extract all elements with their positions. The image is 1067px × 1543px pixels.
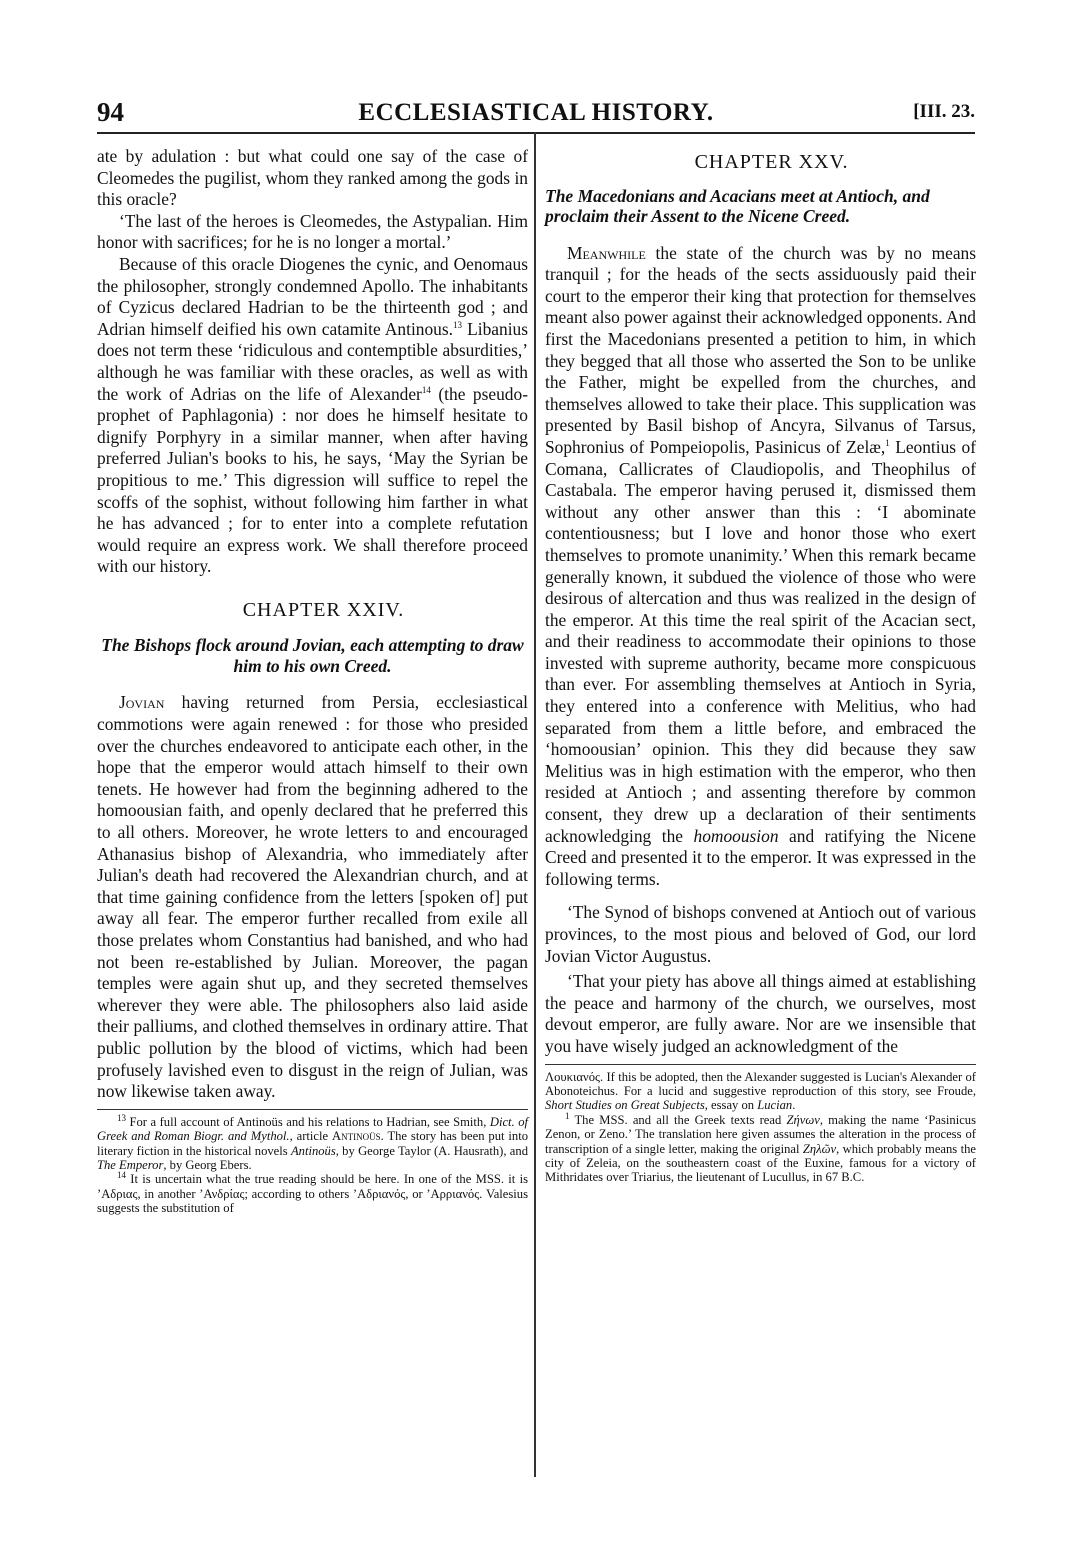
footnote-text: For a full account of Antinoüs and his r…	[126, 1115, 490, 1129]
paragraph-text: Leontius of Comana, Callicrates of Claud…	[545, 437, 976, 846]
chapter-heading-xxiv: CHAPTER XXIV.	[97, 600, 528, 622]
footnote-ref-13[interactable]: 13	[453, 320, 462, 330]
footnote-text: , essay on	[705, 1098, 757, 1112]
paragraph: Jovian having returned from Persia, eccl…	[97, 692, 528, 1102]
chapter-synopsis: The Macedonians and Acacians meet at Ant…	[545, 186, 976, 227]
book-title: ECCLESIASTICAL HISTORY.	[97, 99, 975, 127]
paragraph: Meanwhile the state of the church was by…	[545, 243, 976, 891]
footnote-1: 1 The MSS. and all the Greek texts read …	[545, 1113, 976, 1185]
synod-letter-body: ‘That your piety has above all things ai…	[545, 971, 976, 1057]
document-page: 94 ECCLESIASTICAL HISTORY. [III. 23. ate…	[0, 0, 1067, 1543]
footnote-14-continued: Λουκιανός. If this be adopted, then the …	[545, 1070, 976, 1113]
lead-word: Meanwhile	[567, 243, 646, 263]
footnote-ref-14[interactable]: 14	[422, 385, 431, 395]
footnote-14: 14 It is uncertain what the true reading…	[97, 1172, 528, 1215]
lead-word: Jovian	[119, 692, 164, 712]
footnotes-left: 13 For a full account of Antinoüs and hi…	[97, 1115, 528, 1216]
header-rule	[97, 132, 975, 134]
footnote-13: 13 For a full account of Antinoüs and hi…	[97, 1115, 528, 1173]
synod-letter-salutation: ‘The Synod of bishops convened at Antioc…	[545, 902, 976, 967]
footnote-text: .	[792, 1098, 795, 1112]
paragraph-text: (the pseudo-prophet of Paphlagonia) : no…	[97, 384, 528, 577]
right-column: CHAPTER XXV. The Macedonians and Acacian…	[545, 146, 976, 1185]
running-head: 94 ECCLESIASTICAL HISTORY. [III. 23.	[97, 97, 975, 133]
footnote-text: , by George Taylor (A. Hausrath), and	[336, 1144, 528, 1158]
footnote-text: , article	[290, 1129, 332, 1143]
chapter-heading-xxv: CHAPTER XXV.	[545, 152, 976, 174]
footnote-text: Λουκιανός. If this be adopted, then the …	[545, 1070, 976, 1098]
paragraph: Because of this oracle Diogenes the cyni…	[97, 254, 528, 578]
paragraph-text: having returned from Persia, ecclesiasti…	[97, 692, 528, 1101]
footnote-text: , by Georg Ebers.	[163, 1158, 251, 1172]
cited-title: The Emperor	[97, 1158, 163, 1172]
italic-term: homoousion	[694, 826, 779, 846]
greek-word: Ζηλῶν	[803, 1142, 836, 1156]
greek-word: Ζήνων	[786, 1113, 819, 1127]
footnote-rule	[545, 1064, 976, 1065]
paragraph: ate by adulation : but what could one sa…	[97, 146, 528, 211]
left-column: ate by adulation : but what could one sa…	[97, 146, 528, 1216]
footnote-text: It is uncertain what the true reading sh…	[97, 1172, 528, 1215]
footnote-text: The MSS. and all the Greek texts read	[570, 1113, 787, 1127]
cited-title: Lucian	[757, 1098, 792, 1112]
oracle-quote: ‘The last of the heroes is Cleomedes, th…	[97, 211, 528, 254]
paragraph-text: the state of the church was by no means …	[545, 243, 976, 457]
cited-article: Antinoüs	[332, 1129, 381, 1143]
chapter-synopsis: The Bishops flock around Jovian, each at…	[97, 635, 528, 676]
footnote-rule	[97, 1109, 528, 1110]
footnote-number: 13	[117, 1113, 126, 1123]
cited-title: Antinoüs	[291, 1144, 336, 1158]
footnotes-right: Λουκιανός. If this be adopted, then the …	[545, 1070, 976, 1185]
footnote-number: 14	[117, 1170, 126, 1180]
column-divider	[534, 132, 536, 1477]
section-reference: [III. 23.	[913, 101, 975, 123]
